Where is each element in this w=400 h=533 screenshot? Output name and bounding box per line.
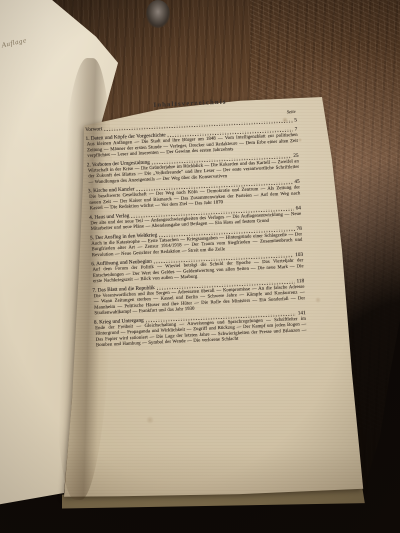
toc-entry-page-number: 25: [293, 152, 299, 159]
toc-entries: Vorwort51. Daten und Köpfe der Vorgeschi…: [85, 117, 307, 349]
toc-entry-page-number: 5: [294, 117, 297, 124]
toc-entry-title: Vorwort: [85, 126, 102, 133]
toc-text-block: Inhaltsverzeichnis Seite Vorwort51. Date…: [84, 94, 307, 351]
toc-entry-page-number: 78: [296, 225, 302, 232]
book-photo-scene: Auflage Inhaltsverzeichnis Seite Vorwort…: [0, 0, 400, 533]
toc-entry: 8. Krieg und Untergang141Ende der Freihe…: [94, 309, 307, 348]
toc-entry-page-number: 64: [296, 205, 302, 212]
